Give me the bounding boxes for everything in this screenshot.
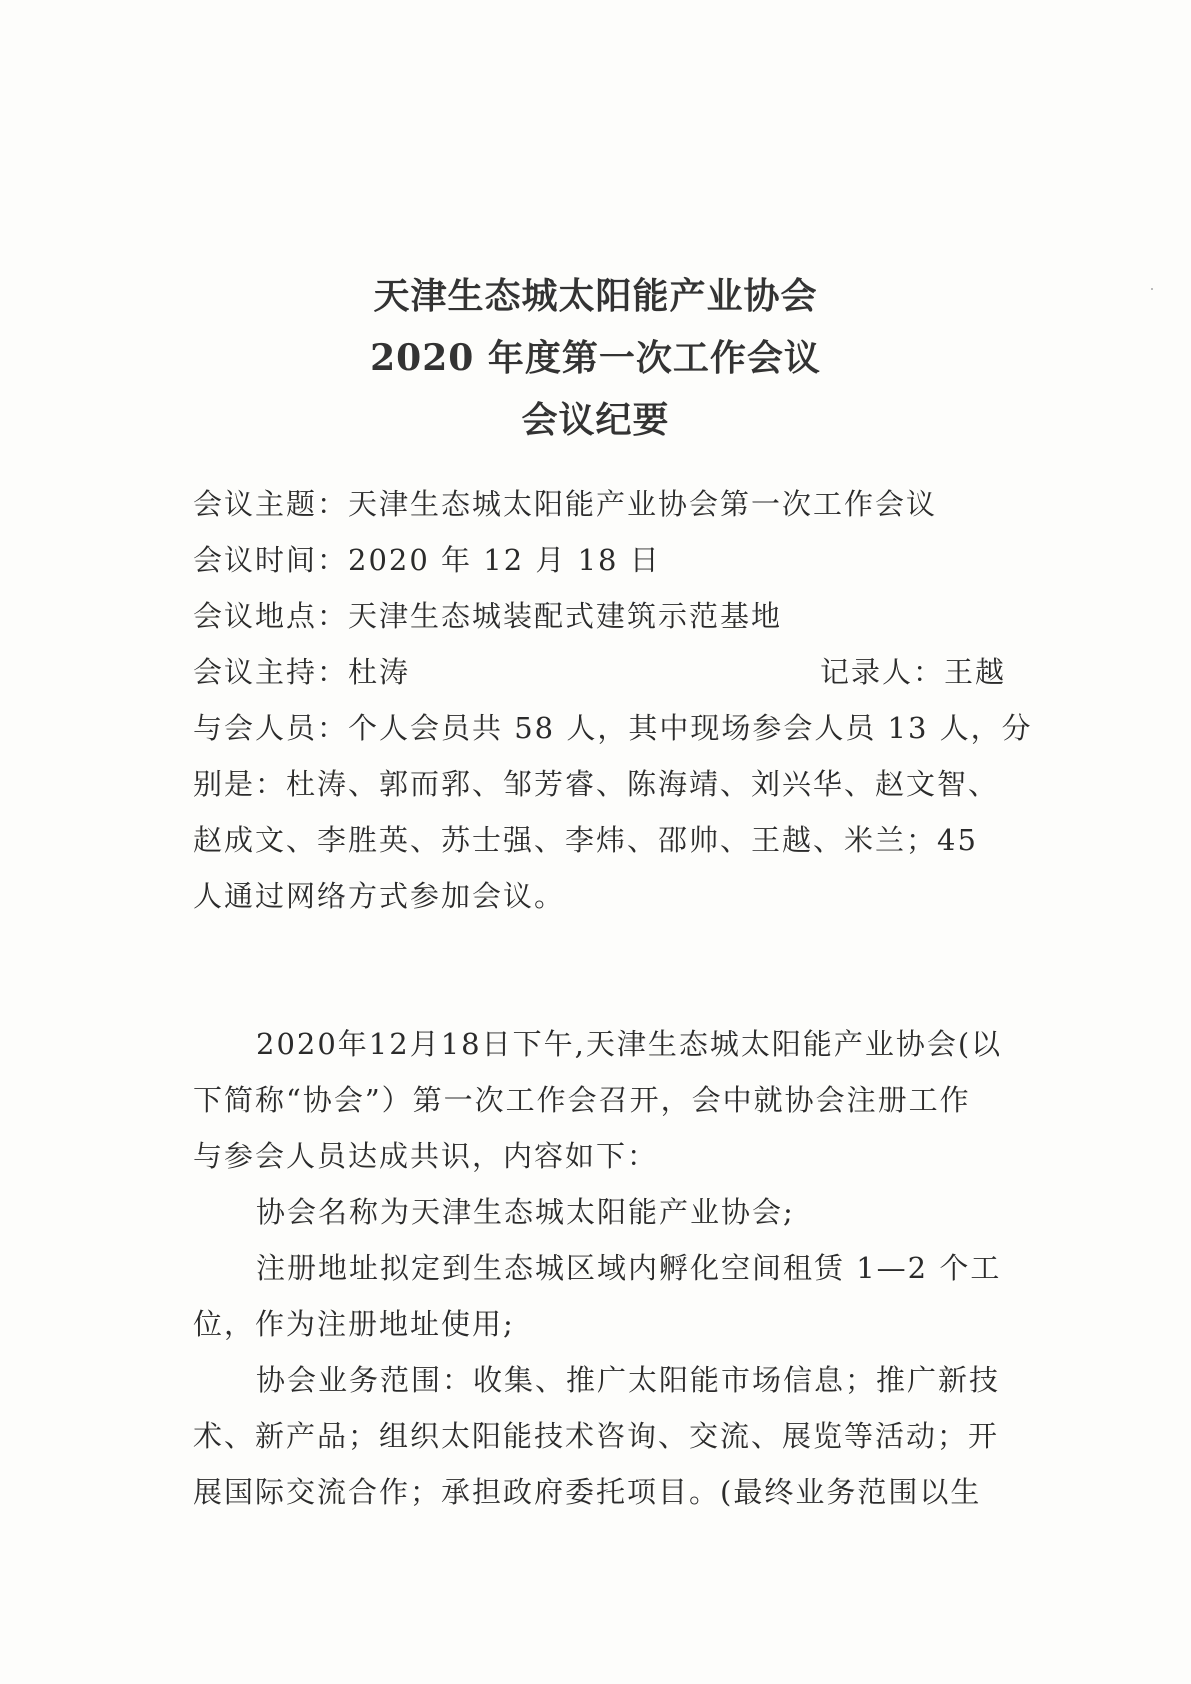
attendees-line: 与会人员：个人会员共 58 人，其中现场参会人员 13 人，分 bbox=[193, 706, 1033, 747]
body-line: 位，作为注册地址使用; bbox=[193, 1302, 515, 1343]
title-line-2: 2020 年度第一次工作会议 bbox=[0, 330, 1191, 381]
meeting-time: 会议时间：2020 年 12 月 18 日 bbox=[193, 538, 661, 579]
body-line: 协会名称为天津生态城太阳能产业协会; bbox=[256, 1190, 795, 1231]
body-line: 与参会人员达成共识，内容如下： bbox=[193, 1134, 658, 1175]
title-line-1: 天津生态城太阳能产业协会 bbox=[0, 268, 1191, 319]
meeting-topic: 会议主题：天津生态城太阳能产业协会第一次工作会议 bbox=[193, 482, 937, 523]
body-line: 下简称“协会”）第一次工作会召开，会中就协会注册工作 bbox=[193, 1078, 971, 1119]
meeting-host: 会议主持：杜涛 bbox=[193, 650, 410, 691]
body-line: 2020年12月18日下午,天津生态城太阳能产业协会(以 bbox=[256, 1022, 1002, 1063]
attendees-line: 人通过网络方式参加会议。 bbox=[193, 874, 565, 915]
attendees-line: 别是：杜涛、郭而郛、邹芳睿、陈海靖、刘兴华、赵文智、 bbox=[193, 762, 999, 803]
title-line-3: 会议纪要 bbox=[0, 392, 1191, 443]
body-line: 协会业务范围：收集、推广太阳能市场信息；推广新技 bbox=[256, 1358, 1000, 1399]
body-line: 注册地址拟定到生态城区域内孵化空间租赁 1—2 个工 bbox=[256, 1246, 1001, 1287]
meeting-place: 会议地点：天津生态城装配式建筑示范基地 bbox=[193, 594, 782, 635]
body-line: 展国际交流合作；承担政府委托项目。(最终业务范围以生 bbox=[193, 1470, 981, 1511]
meeting-recorder: 记录人：王越 bbox=[820, 650, 1006, 691]
attendees-line: 赵成文、李胜英、苏士强、李炜、邵帅、王越、米兰；45 bbox=[193, 818, 978, 859]
body-line: 术、新产品；组织太阳能技术咨询、交流、展览等活动；开 bbox=[193, 1414, 999, 1455]
